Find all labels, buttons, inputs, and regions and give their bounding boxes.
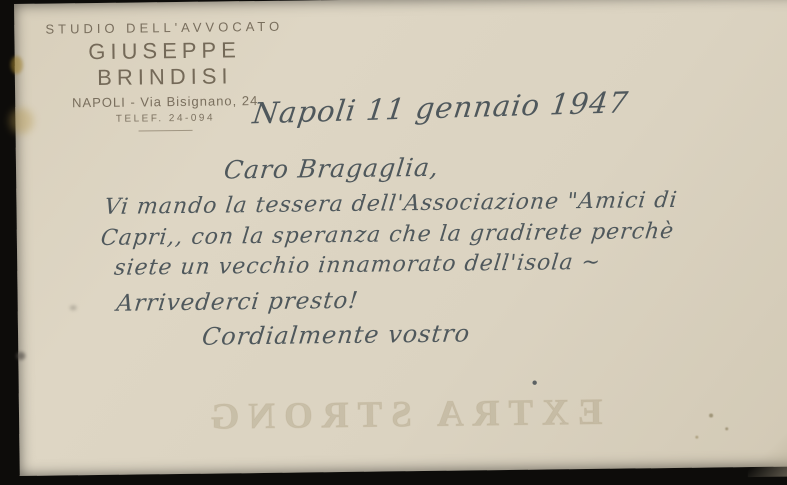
stain-spot [11, 56, 23, 74]
body-line-3: siete un vecchio innamorato dell'isola ~ [113, 250, 602, 281]
stain-spot [709, 413, 713, 417]
stain-spot [725, 427, 728, 430]
scanned-letter: STUDIO DELL'AVVOCATO GIUSEPPE BRINDISI N… [0, 0, 787, 485]
salutation: Caro Bragaglia, [222, 153, 440, 185]
body-line-4: Arrivederci presto! [115, 288, 360, 317]
body-line-1: Vi mando la tessera dell'Associazione "A… [103, 188, 679, 220]
paper-watermark-showthrough: EXTRA STRONG [187, 391, 617, 439]
stain-spot [695, 436, 698, 439]
stain-spot [70, 305, 77, 310]
letterhead-name: GIUSEPPE BRINDISI [36, 37, 293, 92]
letter-paper: STUDIO DELL'AVVOCATO GIUSEPPE BRINDISI N… [14, 0, 787, 476]
date-line: Napoli 11 gennaio 1947 [251, 85, 631, 130]
stain-spot [9, 108, 33, 134]
stain-spot [16, 352, 25, 360]
letterhead-title: STUDIO DELL'AVVOCATO [36, 19, 292, 37]
body-line-2: Capri,, con la speranza che la gradirete… [99, 219, 675, 251]
letterhead-divider [139, 130, 193, 132]
paper-corner-shadow [747, 406, 787, 477]
